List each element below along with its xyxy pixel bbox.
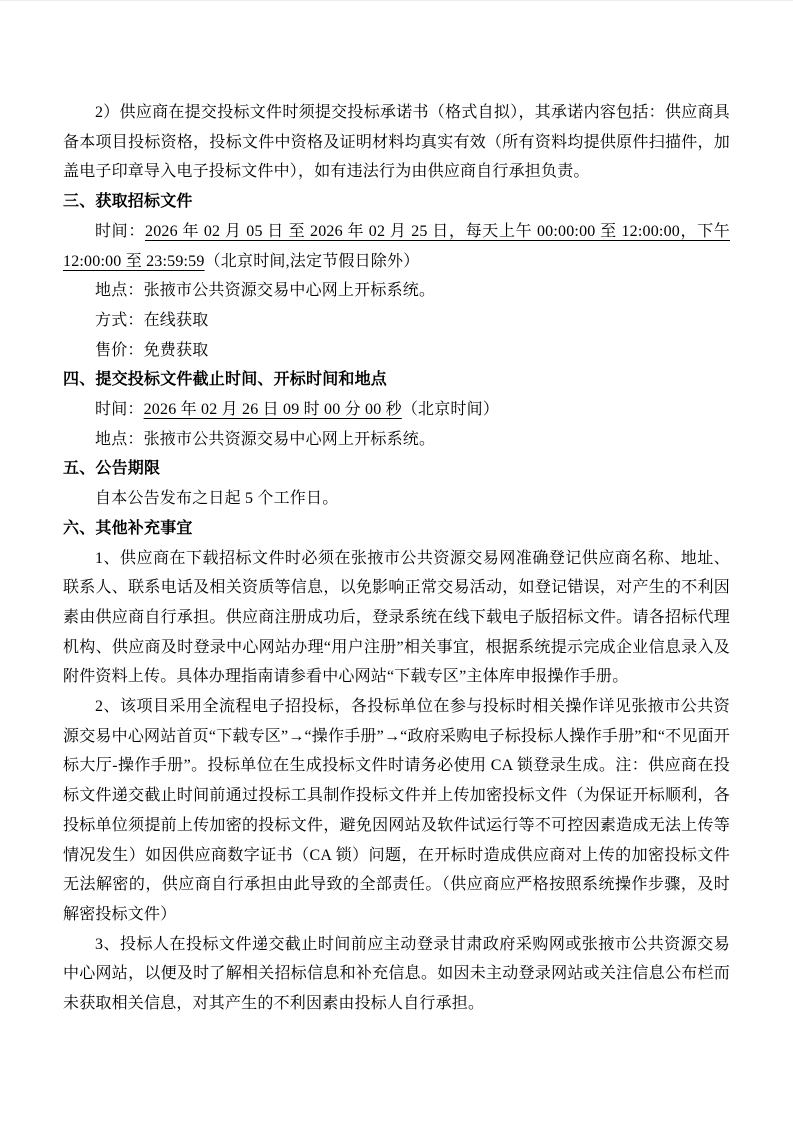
heading-other-matters: 六、其他补充事宜 xyxy=(63,514,730,544)
heading-announcement-period: 五、公告期限 xyxy=(63,454,730,484)
obtain-time-line: 时间：2026 年 02 月 05 日 至 2026 年 02 月 25 日，每… xyxy=(63,217,730,276)
obtain-price-line: 售价：免费获取 xyxy=(63,336,730,366)
obtain-time-note: （北京时间,法定节假日除外） xyxy=(205,253,420,270)
heading-obtain-documents: 三、获取招标文件 xyxy=(63,187,730,217)
obtain-method-line: 方式：在线获取 xyxy=(63,306,730,336)
obtain-location-line: 地点：张掖市公共资源交易中心网上开标系统。 xyxy=(63,276,730,306)
deadline-time-label: 时间： xyxy=(95,401,144,418)
document-page: 2）供应商在提交投标文件时须提交投标承诺书（格式自拟），其承诺内容包括：供应商具… xyxy=(0,0,793,1122)
deadline-time-note: （北京时间） xyxy=(402,401,499,418)
obtain-time-label: 时间： xyxy=(95,223,145,240)
other-matters-item-1: 1、供应商在下载招标文件时必须在张掖市公共资源交易网准确登记供应商名称、地址、联… xyxy=(63,544,730,693)
heading-submission-deadline: 四、提交投标文件截止时间、开标时间和地点 xyxy=(63,365,730,395)
document-content: 2）供应商在提交投标文件时须提交投标承诺书（格式自拟），其承诺内容包括：供应商具… xyxy=(0,1,793,1019)
other-matters-item-3: 3、投标人在投标文件递交截止时间前应主动登录甘肃政府采购网或张掖市公共资源交易中… xyxy=(63,930,730,1019)
paragraph-intro: 2）供应商在提交投标文件时须提交投标承诺书（格式自拟），其承诺内容包括：供应商具… xyxy=(63,98,730,187)
deadline-time-line: 时间：2026 年 02 月 26 日 09 时 00 分 00 秒（北京时间） xyxy=(63,395,730,425)
other-matters-item-2: 2、该项目采用全流程电子招投标，各投标单位在参与投标时相关操作详见张掖市公共资源… xyxy=(63,692,730,930)
deadline-time-value: 2026 年 02 月 26 日 09 时 00 分 00 秒 xyxy=(144,401,402,418)
announcement-period-body: 自本公告发布之日起 5 个工作日。 xyxy=(63,484,730,514)
deadline-location-line: 地点：张掖市公共资源交易中心网上开标系统。 xyxy=(63,425,730,455)
